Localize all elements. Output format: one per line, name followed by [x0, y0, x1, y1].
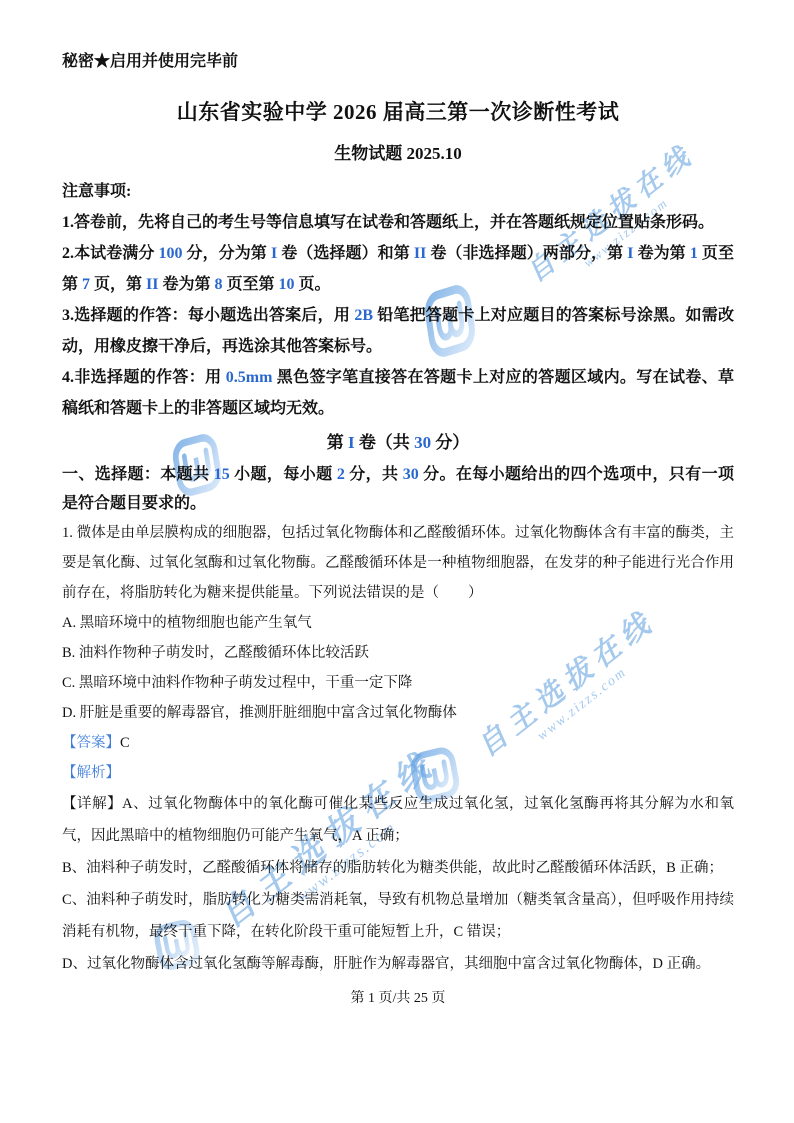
notice-section: 注意事项: 1.答卷前，先将自己的考生号等信息填写在试卷和答题纸上，并在答题纸规… — [62, 176, 734, 424]
notice-item-3: 3.选择题的作答：每小题选出答案后，用 2B 铅笔把答题卡上对应题目的答案标号涂… — [62, 300, 734, 362]
question-1-options: A. 黑暗环境中的植物细胞也能产生氧气 B. 油料作物种子萌发时，乙醛酸循环体比… — [62, 608, 734, 728]
analysis-label: 【解析】 — [62, 765, 120, 781]
answer-value: C — [120, 735, 130, 751]
answer-label: 【答案】 — [62, 735, 120, 751]
option-b: B. 油料作物种子萌发时，乙醛酸循环体比较活跃 — [62, 638, 734, 668]
document-content: 秘密★启用并使用完毕前 山东省实验中学 2026 届高三第一次诊断性考试 生物试… — [62, 52, 734, 1010]
option-c: C. 黑暗环境中油料作物种子萌发过程中，干重一定下降 — [62, 668, 734, 698]
notice-item-2: 2.本试卷满分 100 分，分为第 I 卷（选择题）和第 II 卷（非选择题）两… — [62, 238, 734, 300]
explanation-paragraph-b: B、油料种子萌发时，乙醛酸循环体将储存的脂肪转化为糖类供能，故此时乙醛酸循环体活… — [62, 852, 734, 884]
explanation-section: 【详解】A、过氧化物酶体中的氧化酶可催化某些反应生成过氧化氢，过氧化氢酶再将其分… — [62, 788, 734, 980]
page-footer: 第 1 页/共 25 页 — [62, 988, 734, 1010]
exam-page: 自主选拔在线 www.zizzs.com 自主选拔在线 www.zizzs.co… — [0, 0, 794, 1123]
notice-item-4: 4.非选择题的作答：用 0.5mm 黑色签字笔直接答在答题卡上对应的答题区域内。… — [62, 362, 734, 424]
volume-1-heading: 第 I 卷（共 30 分） — [62, 428, 734, 458]
question-1-stem: 1. 微体是由单层膜构成的细胞器，包括过氧化物酶体和乙醛酸循环体。过氧化物酶体含… — [62, 518, 734, 608]
option-d: D. 肝脏是重要的解毒器官，推测肝脏细胞中富含过氧化物酶体 — [62, 698, 734, 728]
explanation-paragraph-d: D、过氧化物酶体含过氧化氢酶等解毒酶，肝脏作为解毒器官，其细胞中富含过氧化物酶体… — [62, 948, 734, 980]
explanation-paragraph-c: C、油料种子萌发时，脂肪转化为糖类需消耗氧，导致有机物总量增加（糖类氧含量高），… — [62, 884, 734, 948]
analysis-line: 【解析】 — [62, 758, 734, 788]
option-a: A. 黑暗环境中的植物细胞也能产生氧气 — [62, 608, 734, 638]
page-subtitle: 生物试题 2025.10 — [62, 142, 734, 166]
classification-label: 秘密★启用并使用完毕前 — [62, 52, 734, 72]
section-1-intro: 一、选择题：本题共 15 小题，每小题 2 分，共 30 分。在每小题给出的四个… — [62, 460, 734, 518]
page-title: 山东省实验中学 2026 届高三第一次诊断性考试 — [62, 98, 734, 126]
answer-line: 【答案】C — [62, 728, 734, 758]
notice-item-1: 1.答卷前，先将自己的考生号等信息填写在试卷和答题纸上，并在答题纸规定位置贴条形… — [62, 207, 734, 238]
explanation-paragraph-a: 【详解】A、过氧化物酶体中的氧化酶可催化某些反应生成过氧化氢，过氧化氢酶再将其分… — [62, 788, 734, 852]
notice-heading: 注意事项: — [62, 176, 734, 207]
